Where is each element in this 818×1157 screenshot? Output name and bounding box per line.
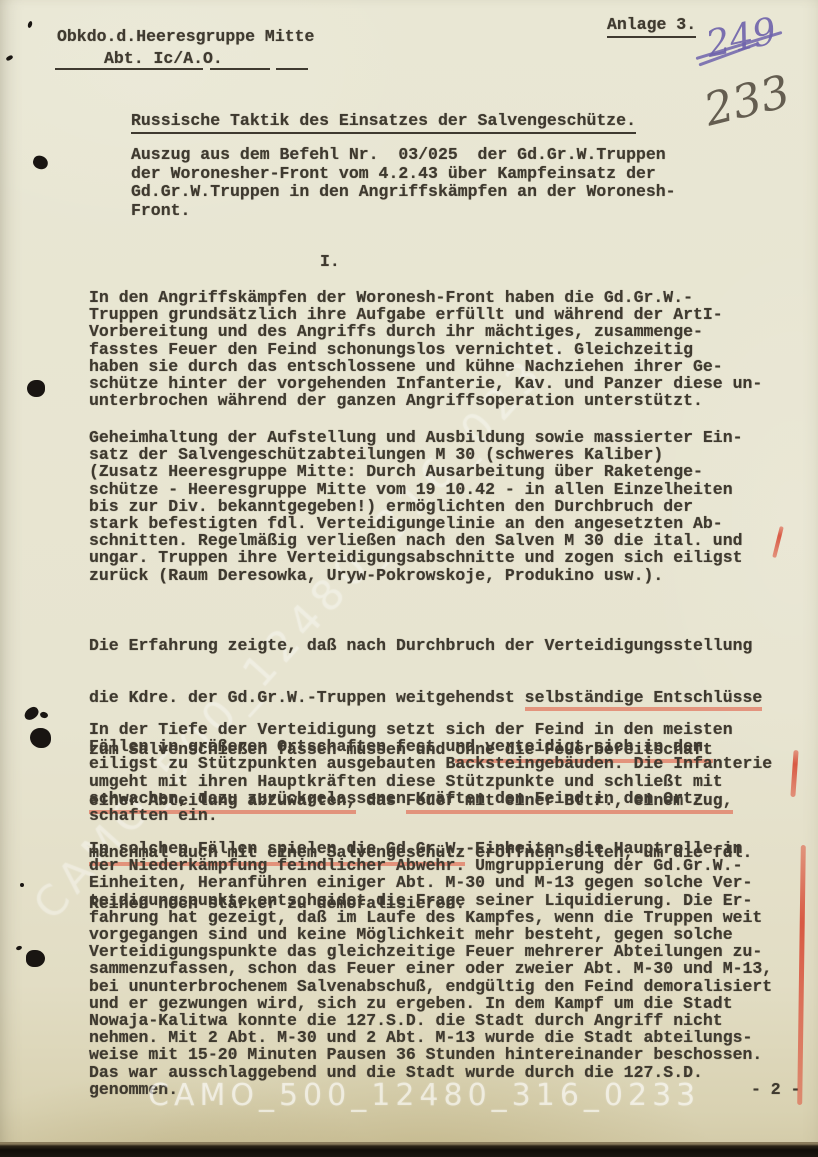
- punch-hole: [30, 728, 51, 748]
- red-underlined-text: selbständige Entschlüsse: [525, 688, 763, 711]
- paragraph-5: In solchen Fällen spielen die Gd.Gr.W.-E…: [89, 840, 772, 1098]
- paragraph-4: In der Tiefe der Verteidigung setzt sich…: [89, 721, 772, 824]
- page-number: - 2 -: [751, 1081, 801, 1098]
- document-scan: CAMO_500_12480_316_0233 Obkdo.d.Heeresgr…: [0, 0, 818, 1157]
- ink-speck: [20, 883, 24, 887]
- archive-watermark: CAMO_500_12480_316_0233: [148, 1078, 700, 1113]
- anlage-label: Anlage 3.: [607, 15, 696, 38]
- text-run: die Kdre. der Gd.Gr.W.-Truppen weitgehen…: [89, 688, 525, 707]
- paragraph-3-line: Die Erfahrung zeigte, daß nach Durchbruc…: [89, 637, 762, 654]
- paragraph-1: In den Angriffskämpfen der Woronesh-Fron…: [89, 289, 762, 409]
- paragraph-2: Geheimhaltung der Aufstellung und Ausbil…: [89, 429, 743, 584]
- ink-blot: [27, 380, 45, 397]
- section-numeral: I.: [320, 253, 340, 270]
- punch-hole: [26, 950, 45, 967]
- letterhead-unit: Obkdo.d.Heeresgruppe Mitte: [57, 26, 314, 47]
- paragraph-3-line: die Kdre. der Gd.Gr.W.-Truppen weitgehen…: [89, 689, 762, 706]
- document-title: Russische Taktik des Einsatzes der Salve…: [131, 111, 636, 134]
- letterhead-underline: [55, 68, 308, 70]
- letterhead-department: Abt. Ic/A.O.: [104, 48, 223, 69]
- scan-edge: [0, 1142, 818, 1157]
- intro-paragraph: Auszug aus dem Befehl Nr. 03/025 der Gd.…: [131, 146, 676, 220]
